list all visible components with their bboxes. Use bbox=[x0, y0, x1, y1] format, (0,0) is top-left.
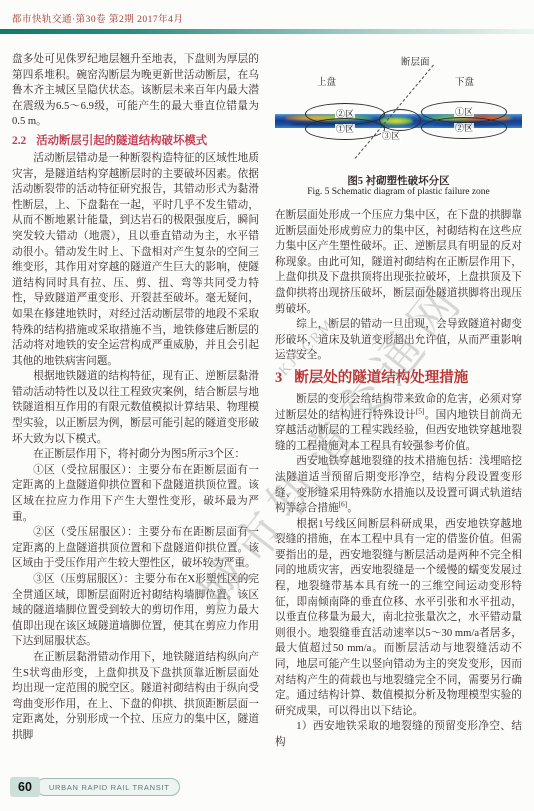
paragraph: 断层的变形会给结构带来致命的危害，必须对穿过断层处的结构进行特殊设计[5]。国内… bbox=[275, 392, 522, 454]
journal-page: 都市快轨交通·第30卷 第2期 2017年4月 盘多处可见侏罗纪地层翘升至地表，… bbox=[0, 0, 534, 811]
paragraph: 在断层面处形成一个压应力集中区，在下盘的拱脚靠近断层面处形成剪应力的集中区，衬砌… bbox=[275, 208, 522, 317]
paragraph: ①区（受拉屈服区）：主要分布在距断层面有一定距离的上盘隧道仰拱位置和下盘隧道拱顶… bbox=[12, 463, 259, 525]
fault-plane-label: 断层面 bbox=[401, 54, 430, 68]
zone-ellipse: ②区 bbox=[421, 117, 507, 139]
section-number: 2.2 bbox=[12, 135, 26, 147]
section-title: 活动断层引起的隧道结构破坏模式 bbox=[36, 135, 207, 147]
hanging-wall-label: 上盘 bbox=[317, 74, 336, 88]
reference-marker: [6] bbox=[339, 500, 348, 509]
left-column: 盘多处可见侏罗纪地层翘升至地表，下盘则为厚层的第四系堆积。碗窑沟断层为晚更新世活… bbox=[12, 52, 259, 751]
zone-label: ①区 bbox=[454, 107, 474, 117]
two-column-body: 盘多处可见侏罗纪地层翘升至地表，下盘则为厚层的第四系堆积。碗窑沟断层为晚更新世活… bbox=[12, 52, 522, 751]
paragraph: 根据地铁隧道的结构特征，现有正、逆断层黏滑错动活动特性以及以往工程致灾案例，结合… bbox=[12, 369, 259, 447]
paragraph: 根据1号线区间断层科研成果，西安地铁穿越地裂缝的措施，在本工程中具有一定的借鉴价… bbox=[275, 517, 522, 720]
zone-label: ①区 bbox=[335, 124, 355, 134]
zone-label: ②区 bbox=[454, 123, 474, 133]
foot-wall-label: 下盘 bbox=[455, 74, 474, 88]
paragraph: 综上，断层的错动一旦出现，会导致隧道衬砌变形破坏，道床及轨道变形超出允许值，从而… bbox=[275, 317, 522, 364]
paragraph: ③区（压剪屈服区）：主要分布在X形塑性区的完全贯通区域，即断层面附近衬砌结构墙脚… bbox=[12, 572, 259, 650]
paragraph: ②区（受压屈服区）：主要分布在距断层面有一定距离的上盘隧道拱顶位置和下盘隧道仰拱… bbox=[12, 525, 259, 572]
paragraph: 西安地铁穿越地裂缝的技术措施包括：浅埋暗挖法隧道适当预留后期变形净空，结构分段设… bbox=[275, 454, 522, 516]
journal-name-pill: URBAN RAPID RAIL TRANSIT bbox=[36, 778, 181, 796]
paragraph: 在正断层作用下，将衬砌分为图5所示3个区： bbox=[12, 447, 259, 463]
zone-ellipse bbox=[379, 109, 421, 131]
figure-caption-en: Fig. 5 Schematic diagram of plastic fail… bbox=[275, 187, 522, 197]
page-footer: 60 URBAN RAPID RAIL TRANSIT bbox=[10, 777, 180, 797]
right-column: 断层面 上盘 下盘 ②区 ①区 ③区 bbox=[275, 52, 522, 751]
section-3-heading: 3断层处的隧道结构处理措施 bbox=[275, 369, 522, 388]
header-rule bbox=[0, 29, 534, 34]
reference-marker: [5] bbox=[416, 406, 425, 415]
figure-5: 断层面 上盘 下盘 ②区 ①区 ③区 bbox=[275, 54, 522, 204]
section-title: 断层处的隧道结构处理措施 bbox=[294, 370, 468, 386]
paragraph: 活动断层错动是一种断裂构造特征的区域性地质灾害，是隧道结构穿越断层时的主要破坏因… bbox=[12, 151, 259, 369]
paragraph-text: 。 bbox=[347, 503, 358, 514]
paragraph: 1）西安地铁采取的地裂缝的预留变形净空、结构 bbox=[275, 719, 522, 750]
section-2-2-heading: 2.2活动断层引起的隧道结构破坏模式 bbox=[12, 133, 259, 149]
paragraph: 在正断层黏滑错动作用下，地铁隧道结构纵向产生S状弯曲形变，上盘仰拱及下盘拱顶靠近… bbox=[12, 650, 259, 744]
paragraph: 盘多处可见侏罗纪地层翘升至地表，下盘则为厚层的第四系堆积。碗窑沟断层为晚更新世活… bbox=[12, 52, 259, 130]
section-number: 3 bbox=[275, 370, 282, 386]
zone-label: ③区 bbox=[381, 131, 401, 141]
figure-caption-cn: 图5 衬砌塑性破坏分区 bbox=[275, 173, 522, 188]
page-number-badge: 60 bbox=[10, 777, 40, 797]
zone-ellipse: ①区 bbox=[305, 118, 385, 140]
journal-header: 都市快轨交通·第30卷 第2期 2017年4月 bbox=[12, 11, 183, 25]
paragraph-text: 西安地铁穿越地裂缝的技术措施包括：浅埋暗挖法隧道适当预留后期变形净空，结构分段设… bbox=[275, 456, 522, 514]
